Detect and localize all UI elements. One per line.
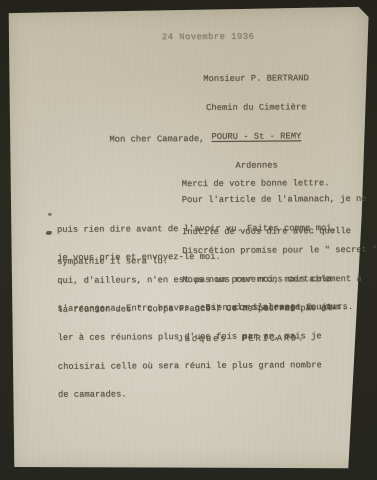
paragraph-line: Nous nous reverrons certainement à [57,275,359,286]
recipient-street: Chemin du Cimetière [189,103,323,113]
paragraph-line: choisirai celle où sera réuni le plus gr… [58,360,360,371]
paragraph-line: Pour l'article de l'almanach, je ne [57,195,359,206]
recipient-city: POURU - St - REMY [189,132,323,142]
letter-text-layer: 24 Novembre 1936 Monsieur P. BERTRAND Ch… [0,0,377,480]
closing-formula: Bien cordialement à vous. [205,303,347,313]
letter-date: 24 Novembre 1936 [162,33,255,43]
salutation: Mon cher Camarade, [109,135,204,145]
signature: Jacques PERICARD. [178,334,305,344]
recipient-name: Monsieur P. BERTRAND [189,74,323,84]
paragraph-line: de camarades. [58,389,360,400]
letter-scan: 24 Novembre 1936 Monsieur P. BERTRAND Ch… [0,0,377,480]
